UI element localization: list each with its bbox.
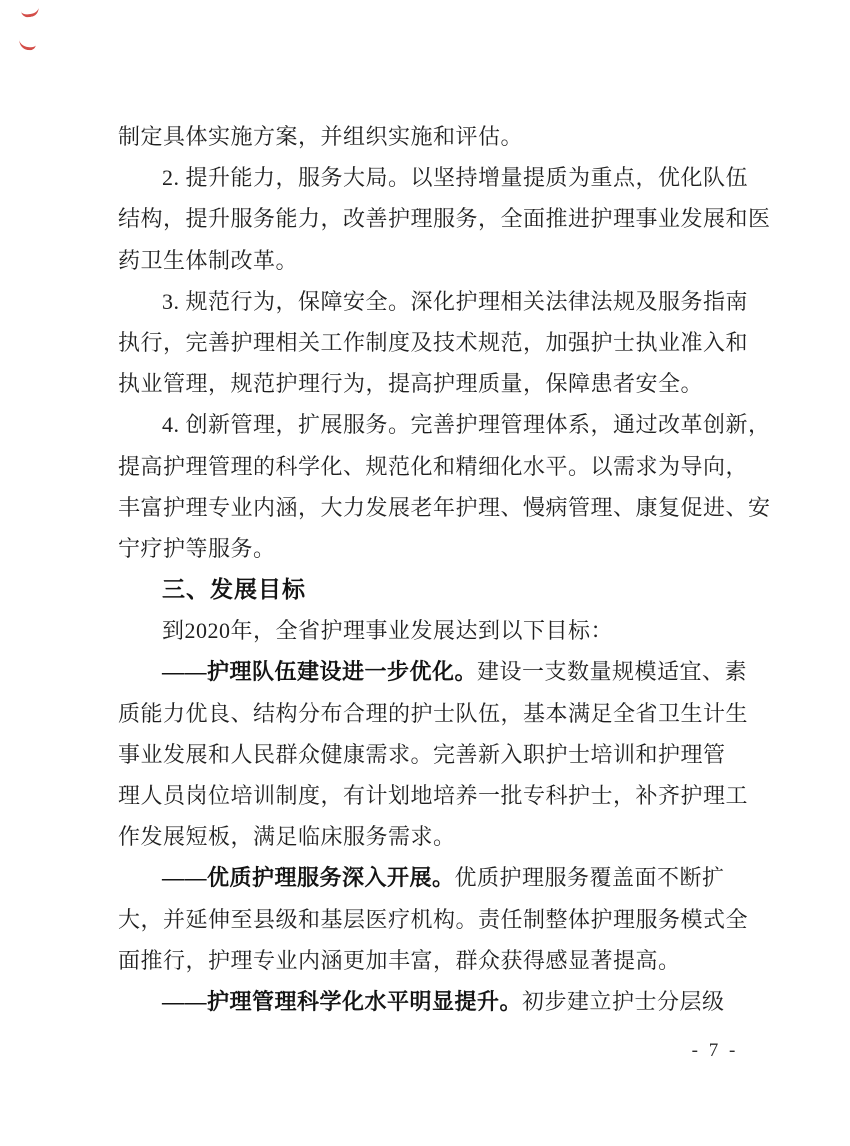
text-segment-emphasis: ——护理管理科学化水平明显提升。 [162, 989, 522, 1014]
text-segment: 初步建立护士分层级 [522, 989, 725, 1014]
text-segment: 质能力优良、结构分布合理的护士队伍，基本满足全省卫生计生 [118, 701, 748, 726]
section-heading: 三、发展目标 [118, 569, 740, 610]
text-segment: 宁疗护等服务。 [118, 536, 276, 561]
text-line: 制定具体实施方案，并组织实施和评估。 [118, 116, 740, 157]
text-line: 面推行，护理专业内涵更加丰富，群众获得感显著提高。 [118, 940, 740, 981]
text-segment: 作发展短板，满足临床服务需求。 [118, 824, 456, 849]
text-segment: 大，并延伸至县级和基层医疗机构。责任制整体护理服务模式全 [118, 907, 748, 932]
text-line: 事业发展和人民群众健康需求。完善新入职护士培训和护理管 [118, 734, 740, 775]
text-line: 丰富护理专业内涵，大力发展老年护理、慢病管理、康复促进、安 [118, 487, 740, 528]
text-segment: 执业管理，规范护理行为，提高护理质量，保障患者安全。 [118, 371, 703, 396]
document-page: 制定具体实施方案，并组织实施和评估。2. 提升能力，服务大局。以坚持增量提质为重… [0, 0, 850, 1146]
text-line: 2. 提升能力，服务大局。以坚持增量提质为重点，优化队伍 [118, 157, 740, 198]
text-segment: 执行，完善护理相关工作制度及技术规范，加强护士执业准入和 [118, 330, 748, 355]
text-segment: 4. 创新管理，扩展服务。完善护理管理体系，通过改革创新， [162, 412, 771, 437]
text-line: 宁疗护等服务。 [118, 528, 740, 569]
red-annotation-mark-icon [18, 35, 36, 51]
text-line: 大，并延伸至县级和基层医疗机构。责任制整体护理服务模式全 [118, 899, 740, 940]
text-segment-emphasis: ——优质护理服务深入开展。 [162, 865, 455, 890]
text-segment: 丰富护理专业内涵，大力发展老年护理、慢病管理、康复促进、安 [118, 495, 771, 520]
text-line: 执业管理，规范护理行为，提高护理质量，保障患者安全。 [118, 363, 740, 404]
text-line: 作发展短板，满足临床服务需求。 [118, 816, 740, 857]
text-segment: 理人员岗位培训制度，有计划地培养一批专科护士，补齐护理工 [118, 783, 748, 808]
text-line: 执行，完善护理相关工作制度及技术规范，加强护士执业准入和 [118, 322, 740, 363]
text-line: 质能力优良、结构分布合理的护士队伍，基本满足全省卫生计生 [118, 693, 740, 734]
text-segment: 3. 规范行为，保障安全。深化护理相关法律法规及服务指南 [162, 289, 748, 314]
text-line: 提高护理管理的科学化、规范化和精细化水平。以需求为导向， [118, 446, 740, 487]
text-line: 结构，提升服务能力，改善护理服务，全面推进护理事业发展和医 [118, 198, 740, 239]
text-segment: 2. 提升能力，服务大局。以坚持增量提质为重点，优化队伍 [162, 165, 748, 190]
text-line: 4. 创新管理，扩展服务。完善护理管理体系，通过改革创新， [118, 404, 740, 445]
document-text-block: 制定具体实施方案，并组织实施和评估。2. 提升能力，服务大局。以坚持增量提质为重… [118, 116, 740, 1022]
text-segment: 面推行，护理专业内涵更加丰富，群众获得感显著提高。 [118, 948, 681, 973]
page-number: - 7 - [655, 1038, 775, 1064]
text-segment-emphasis: 三、发展目标 [162, 577, 306, 602]
text-line: 药卫生体制改革。 [118, 240, 740, 281]
text-segment: 建设一支数量规模适宜、素 [477, 659, 747, 684]
text-segment: 提高护理管理的科学化、规范化和精细化水平。以需求为导向， [118, 454, 748, 479]
text-line: ——护理队伍建设进一步优化。建设一支数量规模适宜、素 [118, 651, 740, 692]
text-segment: 药卫生体制改革。 [118, 248, 298, 273]
text-segment: 制定具体实施方案，并组织实施和评估。 [118, 124, 523, 149]
text-line: ——护理管理科学化水平明显提升。初步建立护士分层级 [118, 981, 740, 1022]
text-segment: 到2020年，全省护理事业发展达到以下目标： [162, 618, 613, 643]
text-line: 3. 规范行为，保障安全。深化护理相关法律法规及服务指南 [118, 281, 740, 322]
text-segment: 优质护理服务覆盖面不断扩 [455, 865, 725, 890]
text-line: 理人员岗位培训制度，有计划地培养一批专科护士，补齐护理工 [118, 775, 740, 816]
text-segment: 事业发展和人民群众健康需求。完善新入职护士培训和护理管 [118, 742, 726, 767]
red-annotation-mark-icon [20, 3, 40, 18]
text-line: ——优质护理服务深入开展。优质护理服务覆盖面不断扩 [118, 857, 740, 898]
text-segment-emphasis: ——护理队伍建设进一步优化。 [162, 659, 477, 684]
text-segment: 结构，提升服务能力，改善护理服务，全面推进护理事业发展和医 [118, 206, 771, 231]
text-line: 到2020年，全省护理事业发展达到以下目标： [118, 610, 740, 651]
